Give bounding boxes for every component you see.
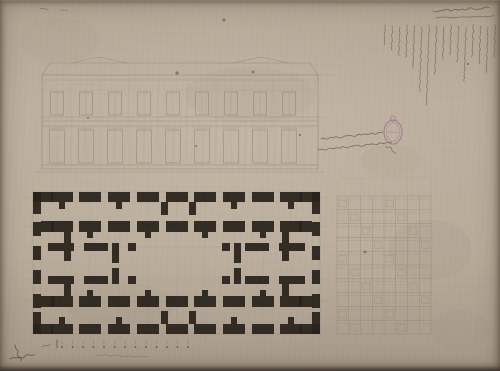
signature-handwriting	[433, 7, 494, 18]
drawing-canvas	[0, 0, 500, 371]
ink-specks	[40, 8, 469, 253]
academy-stamp	[384, 116, 402, 144]
paraph-mark	[10, 344, 51, 361]
floor-plan-drawing	[24, 186, 329, 342]
scale-bar	[57, 340, 189, 357]
legend-handwriting	[384, 25, 496, 105]
scanned-architectural-sheet	[0, 0, 500, 371]
